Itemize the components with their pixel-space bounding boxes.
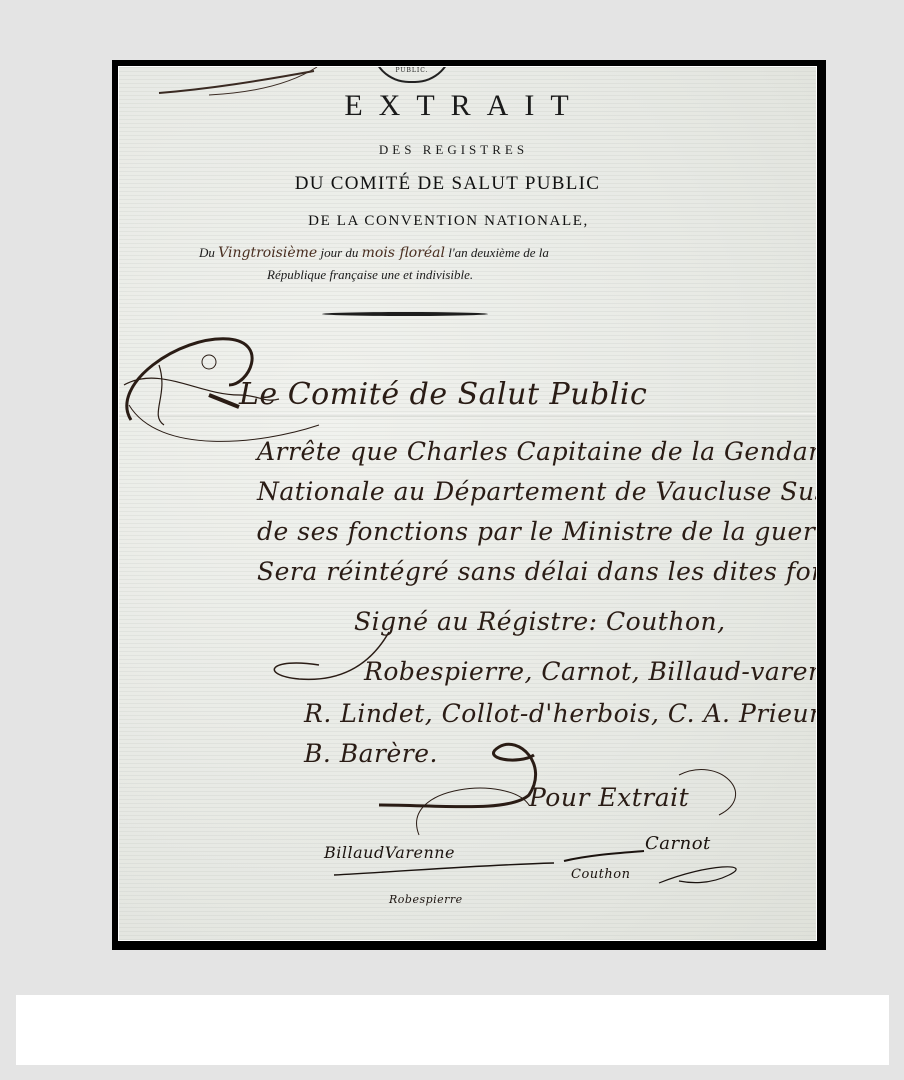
signature-couthon: Couthon bbox=[571, 867, 630, 882]
body-line-nationale: Nationale au Département de Vaucluse Sus… bbox=[257, 477, 816, 506]
header-line-comite: DU COMITÉ DE SALUT PUBLIC bbox=[119, 173, 816, 195]
date-suffix: l'an deuxième de la bbox=[448, 245, 549, 260]
closing-pour-extrait: Pour Extrait bbox=[529, 783, 689, 812]
document-frame: PUBLIC. EXTRAIT DES REGISTRES DU COMITÉ … bbox=[112, 60, 826, 950]
body-line-signatories-2: R. Lindet, Collot-d'herbois, C. A. Prieu… bbox=[304, 699, 816, 728]
date-month-handwritten: mois floréal bbox=[362, 245, 445, 261]
body-line-fonctions: de ses fonctions par le Ministre de la g… bbox=[257, 517, 816, 546]
header-line-registres: DES REGISTRES bbox=[119, 142, 816, 158]
body-line-signatories-1: Robespierre, Carnot, Billaud-varenne bbox=[364, 657, 816, 686]
body-line-comite: Le Comité de Salut Public bbox=[239, 377, 647, 412]
body-line-signe: Signé au Régistre: Couthon, bbox=[354, 607, 726, 636]
date-line-republique: République française une et indivisible. bbox=[267, 267, 473, 283]
date-prefix: Du bbox=[199, 245, 215, 260]
signature-robespierre: Robespierre bbox=[389, 893, 463, 906]
frame-matte: PUBLIC. EXTRAIT DES REGISTRES DU COMITÉ … bbox=[118, 66, 817, 941]
date-mid: jour du bbox=[320, 245, 358, 260]
billaud-underline-icon bbox=[329, 859, 559, 879]
header-divider-rule bbox=[322, 312, 488, 316]
body-line-reintegre: Sera réintégré sans délai dans les dites… bbox=[257, 557, 816, 586]
document-title: EXTRAIT bbox=[119, 89, 816, 123]
date-day-handwritten: Vingtroisième bbox=[218, 245, 317, 261]
seal-stamp: PUBLIC. bbox=[371, 67, 453, 83]
caption-area bbox=[16, 995, 889, 1065]
signature-billaud-varenne: BillaudVarenne bbox=[324, 843, 455, 862]
manuscript-page: PUBLIC. EXTRAIT DES REGISTRES DU COMITÉ … bbox=[119, 67, 816, 940]
body-line-signatories-3: B. Barère. bbox=[304, 739, 438, 768]
body-line-arrete: Arrête que Charles Capitaine de la Genda… bbox=[257, 437, 816, 466]
header-line-convention: DE LA CONVENTION NATIONALE, bbox=[119, 213, 816, 230]
date-line: Du Vingtroisième jour du mois floréal l'… bbox=[199, 245, 619, 261]
paper-fold-crease bbox=[119, 413, 816, 417]
signature-carnot: Carnot bbox=[645, 833, 711, 854]
